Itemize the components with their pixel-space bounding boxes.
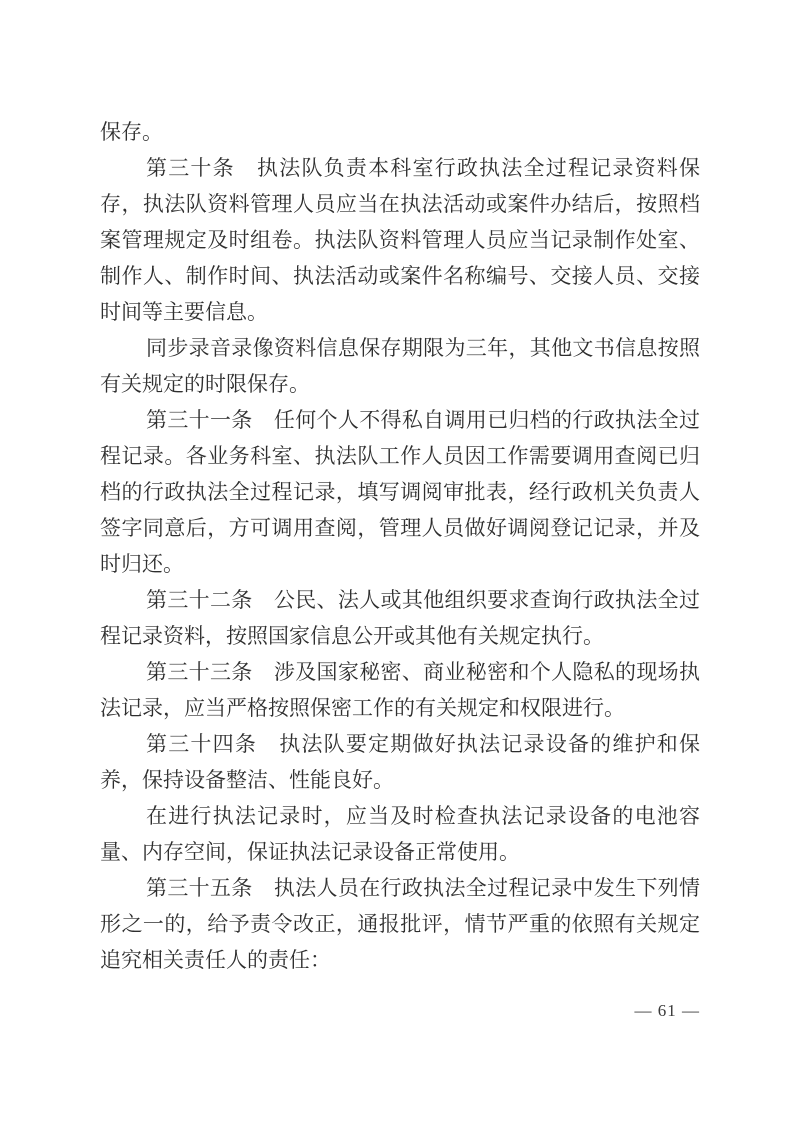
text-line-article-31-start: 第三十一条 任何个人不得私自调用已归档的行政执法全过 [100,402,700,438]
text-line: 签字同意后，方可调用查阅，管理人员做好调阅登记记录，并及 [100,510,700,546]
text-line: 法记录，应当严格按照保密工作的有关规定和权限进行。 [100,690,700,726]
document-body-text: 保存。 第三十条 执法队负责本科室行政执法全过程记录资料保 存，执法队资料管理人… [100,114,700,978]
text-line-article-35-start: 第三十五条 执法人员在行政执法全过程记录中发生下列情 [100,870,700,906]
text-line: 追究相关责任人的责任： [100,942,700,978]
text-line: 量、内存空间，保证执法记录设备正常使用。 [100,834,700,870]
text-line: 时归还。 [100,546,700,582]
document-page: 保存。 第三十条 执法队负责本科室行政执法全过程记录资料保 存，执法队资料管理人… [0,0,793,1122]
text-line: 养，保持设备整洁、性能良好。 [100,762,700,798]
text-line-article-32-start: 第三十二条 公民、法人或其他组织要求查询行政执法全过 [100,582,700,618]
page-number: — 61 — [0,1001,700,1021]
text-line: 程记录资料，按照国家信息公开或其他有关规定执行。 [100,618,700,654]
text-line: 档的行政执法全过程记录，填写调阅审批表，经行政机关负责人 [100,474,700,510]
text-line: 时间等主要信息。 [100,294,700,330]
text-line: 制作人、制作时间、执法活动或案件名称编号、交接人员、交接 [100,258,700,294]
text-line: 形之一的，给予责令改正，通报批评，情节严重的依照有关规定 [100,906,700,942]
text-line: 案管理规定及时组卷。执法队资料管理人员应当记录制作处室、 [100,222,700,258]
text-line: 存，执法队资料管理人员应当在执法活动或案件办结后，按照档 [100,186,700,222]
text-line-article-30-start: 第三十条 执法队负责本科室行政执法全过程记录资料保 [100,150,700,186]
text-line-article-34-start: 第三十四条 执法队要定期做好执法记录设备的维护和保 [100,726,700,762]
text-line: 程记录。各业务科室、执法队工作人员因工作需要调用查阅已归 [100,438,700,474]
text-line: 有关规定的时限保存。 [100,366,700,402]
text-line-paragraph-start: 在进行执法记录时，应当及时检查执法记录设备的电池容 [100,798,700,834]
text-line-paragraph-start: 同步录音录像资料信息保存期限为三年，其他文书信息按照 [100,330,700,366]
text-line-article-33-start: 第三十三条 涉及国家秘密、商业秘密和个人隐私的现场执 [100,654,700,690]
text-line: 保存。 [100,114,700,150]
